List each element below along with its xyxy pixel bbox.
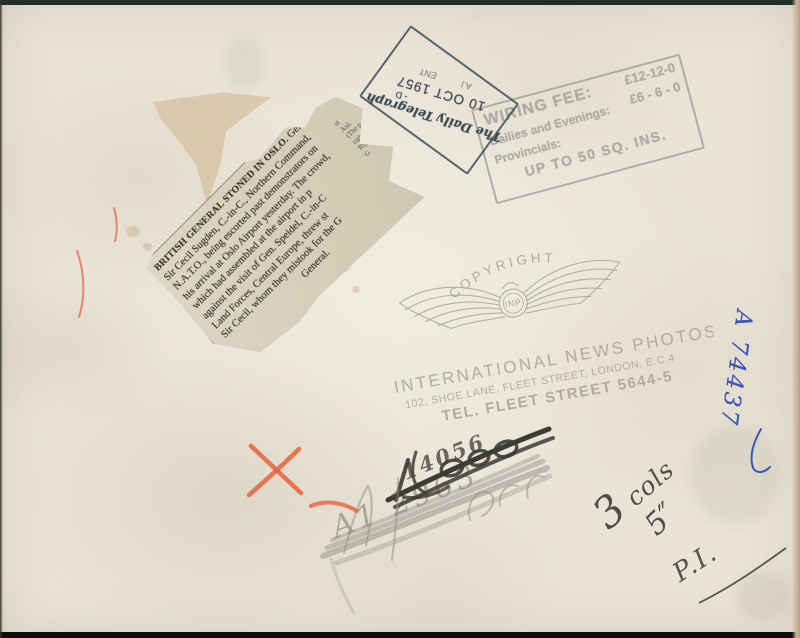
glue-speck (352, 286, 360, 293)
date-stamp-fragment: ENT (418, 67, 438, 82)
photo-back: WIRING FEE: £12-12-0 £6 - 6 - 0 Dailies … (0, 0, 800, 638)
photo-edge-top (0, 0, 800, 5)
inp-wings-icon: COPYRIGHT (367, 213, 722, 443)
pencil-smudge (690, 425, 780, 525)
date-stamp-content: The Daily Telegraph - D 10 OCT 1957 A.l … (365, 41, 514, 159)
glue-speck (143, 243, 152, 251)
photo-edge-right (792, 0, 800, 638)
reference-number-annotation: A 74437 (715, 308, 757, 429)
photo-edge-bottom (0, 632, 800, 638)
glue-speck (126, 226, 140, 237)
pencil-smudge (225, 35, 265, 90)
copyright-stamp: COPYRIGHT (367, 213, 722, 443)
photo-edge-left (0, 0, 3, 638)
pi-note: P.I. (668, 538, 724, 589)
pencil-smudge (735, 570, 790, 620)
inp-badge-text: INP (504, 297, 523, 310)
date-stamp-fragment: A.l (460, 80, 473, 93)
